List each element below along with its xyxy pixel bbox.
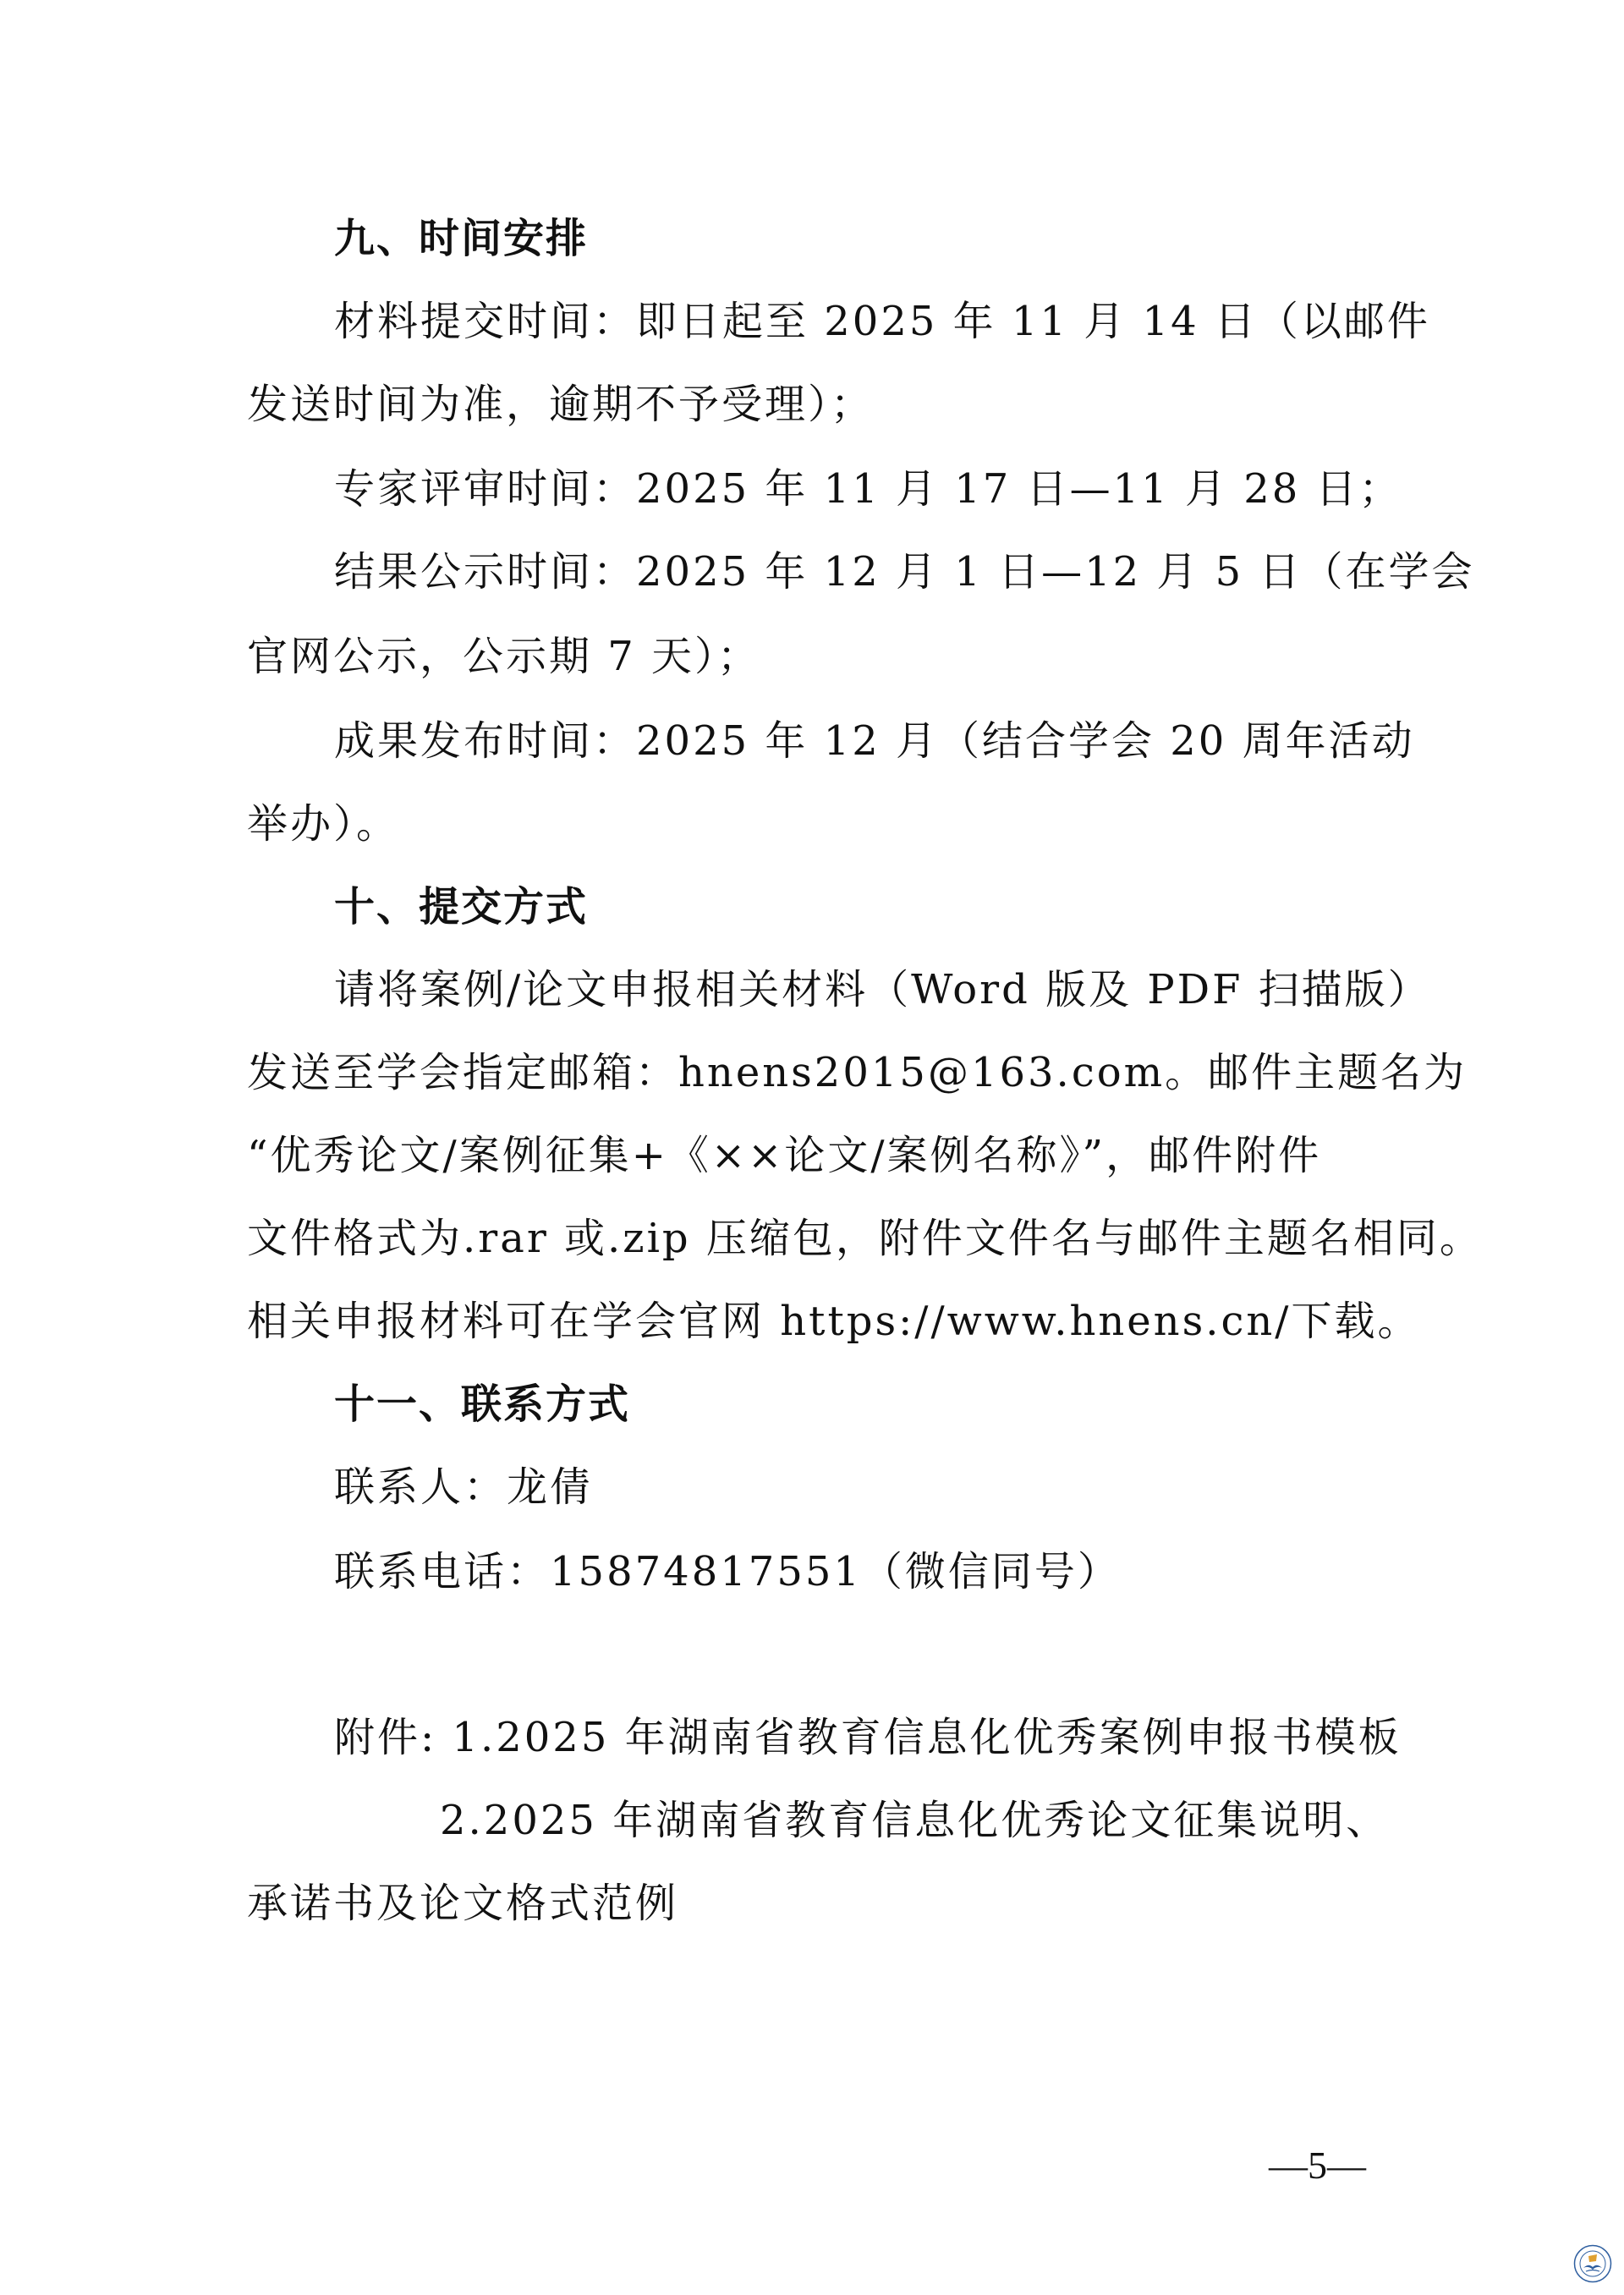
document-page: 九、时间安排 材料提交时间：即日起至 2025 年 11 月 14 日（以邮件 … xyxy=(0,0,1624,2295)
schedule-release-line-1: 成果发布时间：2025 年 12 月（结合学会 20 周年活动 xyxy=(334,716,1459,766)
society-seal-icon xyxy=(1573,2244,1612,2283)
section-heading-schedule: 九、时间安排 xyxy=(334,213,1459,264)
attachment-item-2-continued: 承诺书及论文格式范例 xyxy=(247,1878,1372,1929)
attachment-item-2: 2.2025 年湖南省教育信息化优秀论文征集说明、 xyxy=(440,1795,1565,1846)
submission-website-line: 相关申报材料可在学会官网 https://www.hnens.cn/下载。 xyxy=(247,1296,1372,1347)
schedule-submission-line-1: 材料提交时间：即日起至 2025 年 11 月 14 日（以邮件 xyxy=(334,296,1459,347)
contact-person-line: 联系人：龙倩 xyxy=(334,1462,1459,1513)
schedule-publicity-line-1: 结果公示时间：2025 年 12 月 1 日—12 月 5 日（在学会 xyxy=(334,546,1459,597)
attachment-item-1: 附件: 1.2025 年湖南省教育信息化优秀案例申报书模板 xyxy=(334,1712,1459,1763)
submission-email-line: 发送至学会指定邮箱：hnens2015@163.com。邮件主题名为 xyxy=(247,1047,1372,1098)
submission-subject-line: “优秀论文/案例征集+《××论文/案例名称》”，邮件附件 xyxy=(247,1130,1372,1181)
schedule-submission-line-2: 发送时间为准，逾期不予受理）； xyxy=(247,379,1372,430)
schedule-publicity-line-2: 官网公示，公示期 7 天）； xyxy=(247,631,1372,682)
schedule-review-line: 专家评审时间：2025 年 11 月 17 日—11 月 28 日； xyxy=(334,464,1459,514)
contact-phone-line: 联系电话：15874817551（微信同号） xyxy=(334,1546,1459,1597)
submission-format-line: 文件格式为.rar 或.zip 压缩包，附件文件名与邮件主题名相同。 xyxy=(247,1213,1372,1264)
section-heading-submission: 十、提交方式 xyxy=(334,881,1459,932)
section-heading-contact: 十一、联系方式 xyxy=(334,1379,1459,1430)
submission-line-1: 请将案例/论文申报相关材料（Word 版及 PDF 扫描版） xyxy=(334,964,1459,1015)
schedule-release-line-2: 举办）。 xyxy=(247,799,1372,849)
page-number: —5— xyxy=(1269,2140,1366,2191)
